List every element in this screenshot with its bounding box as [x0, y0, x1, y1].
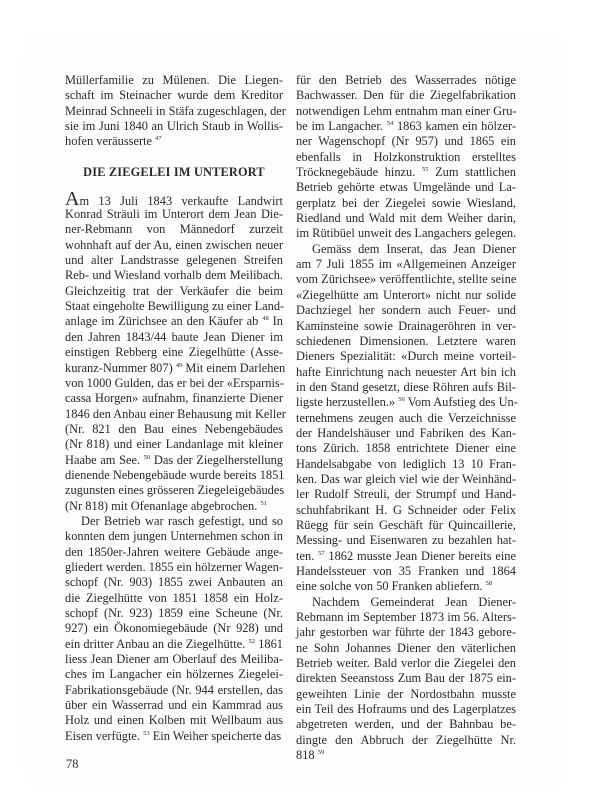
text-line: anlage im Zürichsee an den Käufer ab 48 … — [65, 314, 283, 329]
text-line: notwendigen Lehm entnahm man einer Gru- — [296, 104, 516, 119]
text-line: 818 59 — [296, 748, 516, 763]
text-line: (Nr. 821 den Bau eines Nebengebäudes — [65, 422, 283, 437]
text-line: ches im Langacher ein hölzernes Ziegelei… — [65, 667, 283, 682]
text-line: Fabrikationsgebäude (Nr. 944 erstellen, … — [65, 683, 283, 698]
text-line: (Nr 818) mit Ofenanlage abgebrochen. 51 — [65, 499, 283, 514]
text-line: «Ziegelhütte am Unterort» nicht nur soli… — [296, 288, 516, 303]
footnote-reference: 53 — [143, 730, 150, 737]
text-line: Eisen verfügte. 53 Ein Weiher speicherte… — [65, 729, 283, 744]
text-line: von 1000 Gulden, das er bei der «Ersparn… — [65, 376, 283, 391]
text-line: ligste herzustellen.» 56 Vom Aufstieg de… — [296, 395, 516, 410]
text-line: Betrieb weiter. Bald verlor die Ziegelei… — [296, 656, 516, 671]
text-line: wohnhaft auf der Au, einen zwischen neue… — [65, 238, 283, 253]
paragraph-5: Nachdem Gemeinderat Jean Diener-Rebmann … — [296, 595, 516, 764]
text-line: und alter Landstrasse gelegenen Streifen — [65, 253, 283, 268]
text-line: Gleichzeitig trat der Verkäufer die beim — [65, 284, 283, 299]
footnote-reference: 57 — [318, 550, 325, 557]
text-line: hafte Einrichtung nach neuester Art bin … — [296, 365, 516, 380]
text-line: Betrieb gehörte etwas Umgelände und La- — [296, 180, 516, 195]
text-line: ebenfalls in Holzkonstruktion erstelltes — [296, 150, 516, 165]
text-line: abgetreten werden, und der Bahnbau be- — [296, 717, 516, 732]
text-line: ein Teil des Hofraums und des Lagerplatz… — [296, 702, 516, 717]
text-line: ner-Rebmann von Männedorf zurzeit — [65, 222, 283, 237]
paragraph-4: Gemäss dem Inserat, das Jean Dieneram 7 … — [296, 242, 516, 595]
text-line: ner Wagenschopf (Nr 957) und 1865 ein — [296, 134, 516, 149]
footnote-reference: 54 — [387, 120, 394, 127]
text-line: Kaminsteine sowie Drainageröhren in ver- — [296, 319, 516, 334]
text-line: dienende Nebengebäude wurde bereits 1851 — [65, 468, 283, 483]
text-line: tons Zürich. 1858 entrichtete Diener ein… — [296, 441, 516, 456]
text-line: in den Stand gesetzt, diese Röhren aufs … — [296, 380, 516, 395]
text-line: Tröcknegebäude hinzu. 55 Zum stattlichen — [296, 165, 516, 180]
text-line: ken. Das war gleich viel wie der Weinhän… — [296, 472, 516, 487]
footnote-reference: 49 — [176, 362, 183, 369]
text-line: hofen veräusserte 47 — [65, 134, 283, 149]
footnote-reference: 52 — [248, 638, 255, 645]
text-line: kuranz-Nummer 807) 49 Mit einem Darlehen — [65, 361, 283, 376]
text-line: 1846 den Anbau einer Behausung mit Kelle… — [65, 407, 283, 422]
text-line: Nachdem Gemeinderat Jean Diener- — [296, 595, 516, 610]
text-line: ein dritter Anbau an die Ziegelhütte. 52… — [65, 637, 283, 652]
text-line: Dachziegel her sondern auch Feuer- und — [296, 303, 516, 318]
footnote-reference: 47 — [155, 135, 162, 142]
text-line: jahr gestorben war führte der 1843 gebor… — [296, 625, 516, 640]
text-line: der Handelshäuser und Fabriken des Kan- — [296, 426, 516, 441]
text-line: schaft im Steinacher wurde dem Kreditor — [65, 88, 283, 103]
paragraph-1: Am 13 Juli 1843 verkaufte LandwirtKonrad… — [65, 192, 283, 514]
text-line: Rüegg für sein Geschäft für Quincailleri… — [296, 518, 516, 533]
text-line: ternehmens zeugen auch die Verzeichnisse — [296, 411, 516, 426]
section-heading: DIE ZIEGELEI IM UNTERORT — [65, 165, 283, 181]
footnote-reference: 58 — [486, 580, 493, 587]
text-line: Meinrad Schneeli in Stäfa zugeschlagen, … — [65, 104, 283, 119]
right-column: für den Betrieb des Wasserrades nötigeBa… — [296, 73, 516, 763]
footnote-reference: 48 — [262, 315, 269, 322]
text-line: am 7 Juli 1855 im «Allgemeinen Anzeiger — [296, 257, 516, 272]
text-line: geweihten Linie der Nordostbahn musste — [296, 687, 516, 702]
footnote-reference: 51 — [260, 500, 267, 507]
text-line: Konrad Sträuli im Unterort dem Jean Die- — [65, 207, 283, 222]
text-line: den 1850er-Jahren weitere Gebäude ange- — [65, 545, 283, 560]
text-line: Gemäss dem Inserat, das Jean Diener — [296, 242, 516, 257]
text-line: liess Jean Diener am Oberlauf des Meilib… — [65, 652, 283, 667]
text-line: Handelsabgabe von lediglich 13 10 Fran- — [296, 457, 516, 472]
text-line: Riedland und Wald mit dem Weiher darin, — [296, 211, 516, 226]
text-line: ne Sohn Johannes Diener den väterlichen — [296, 641, 516, 656]
text-line: Handelssteuer von 35 Franken und 1864 — [296, 564, 516, 579]
text-line: Staat eingeholte Bewilligung zu einer La… — [65, 299, 283, 314]
paragraph-3: für den Betrieb des Wasserrades nötigeBa… — [296, 73, 516, 242]
footnote-reference: 56 — [398, 396, 405, 403]
text-line: be im Langacher. 54 1863 kamen ein hölze… — [296, 119, 516, 134]
text-line: Messing- und Eisenwaren zu bezahlen hat- — [296, 533, 516, 548]
text-line: Bachwasser. Den für die Ziegelfabrikatio… — [296, 88, 516, 103]
text-line: gliedert werden. 1855 ein hölzerner Wage… — [65, 560, 283, 575]
text-line: die Ziegelhütte von 1851 1858 ein Holz- — [65, 591, 283, 606]
text-line: über ein Wasserrad und ein Kammrad aus — [65, 698, 283, 713]
text-line: eine solche von 50 Franken abliefern. 58 — [296, 579, 516, 594]
left-column: Müllerfamilie zu Mülenen. Die Liegen-sch… — [65, 73, 283, 744]
text-line: vom Zürichsee» veröffentlichte, stellte … — [296, 272, 516, 287]
paragraph-2: Der Betrieb war rasch gefestigt, und sok… — [65, 514, 283, 744]
text-line: Rebmann im September 1873 im 56. Alters- — [296, 610, 516, 625]
intro-paragraph: Müllerfamilie zu Mülenen. Die Liegen-sch… — [65, 73, 283, 150]
text-line: den Jahren 1843/44 baute Jean Diener im — [65, 330, 283, 345]
text-line: schopf (Nr. 923) 1859 eine Scheune (Nr. — [65, 606, 283, 621]
text-line: schopf (Nr. 903) 1855 zwei Anbauten an — [65, 575, 283, 590]
text-line: Der Betrieb war rasch gefestigt, und so — [65, 514, 283, 529]
text-line: (Nr 818) und einer Landanlage mit kleine… — [65, 437, 283, 452]
text-line: Holz und einen Kolben mit Wellbaum aus — [65, 713, 283, 728]
text-line: Haabe am See. 50 Das der Ziegelherstellu… — [65, 453, 283, 468]
text-line: cassa Horgen» aufnahm, finanzierte Diene… — [65, 391, 283, 406]
text-line: gerplatz bei der Ziegelei sowie Wiesland… — [296, 196, 516, 211]
text-line: 927) ein Ökonomiegebäude (Nr 928) und — [65, 621, 283, 636]
text-line: schuhfabrikant H. G Schneider oder Felix — [296, 503, 516, 518]
text-line: Müllerfamilie zu Mülenen. Die Liegen- — [65, 73, 283, 88]
text-line: ten. 57 1862 musste Jean Diener bereits … — [296, 549, 516, 564]
footnote-reference: 55 — [422, 166, 429, 173]
footnote-reference: 59 — [318, 749, 325, 756]
text-line: Reb- und Wiesland vorhalb dem Meilibach. — [65, 268, 283, 283]
text-line: Dieners Spezialität: «Durch meine vortei… — [296, 349, 516, 364]
text-line: schiedenen Dimensionen. Letztere waren — [296, 334, 516, 349]
text-line: ler Rudolf Streuli, der Strumpf und Hand… — [296, 487, 516, 502]
text-line: konnten dem jungen Unternehmen schon in — [65, 529, 283, 544]
text-line: direkten Seeanstoss Zum Bau der 1875 ein… — [296, 671, 516, 686]
text-line: sie im Juni 1840 an Ulrich Staub in Woll… — [65, 119, 283, 134]
text-line: zugunsten eines grösseren Ziegeleigebäud… — [65, 483, 283, 498]
text-line: dingte den Abbruch der Ziegelhütte Nr. — [296, 733, 516, 748]
text-line: im Rütibüel unweit des Langachers gelege… — [296, 226, 516, 241]
text-line: einstigen Rebberg eine Ziegelhütte (Asse… — [65, 345, 283, 360]
text-line: Am 13 Juli 1843 verkaufte Landwirt — [65, 192, 283, 207]
text-line: für den Betrieb des Wasserrades nötige — [296, 73, 516, 88]
footnote-reference: 50 — [144, 454, 151, 461]
page-number: 78 — [66, 757, 78, 772]
